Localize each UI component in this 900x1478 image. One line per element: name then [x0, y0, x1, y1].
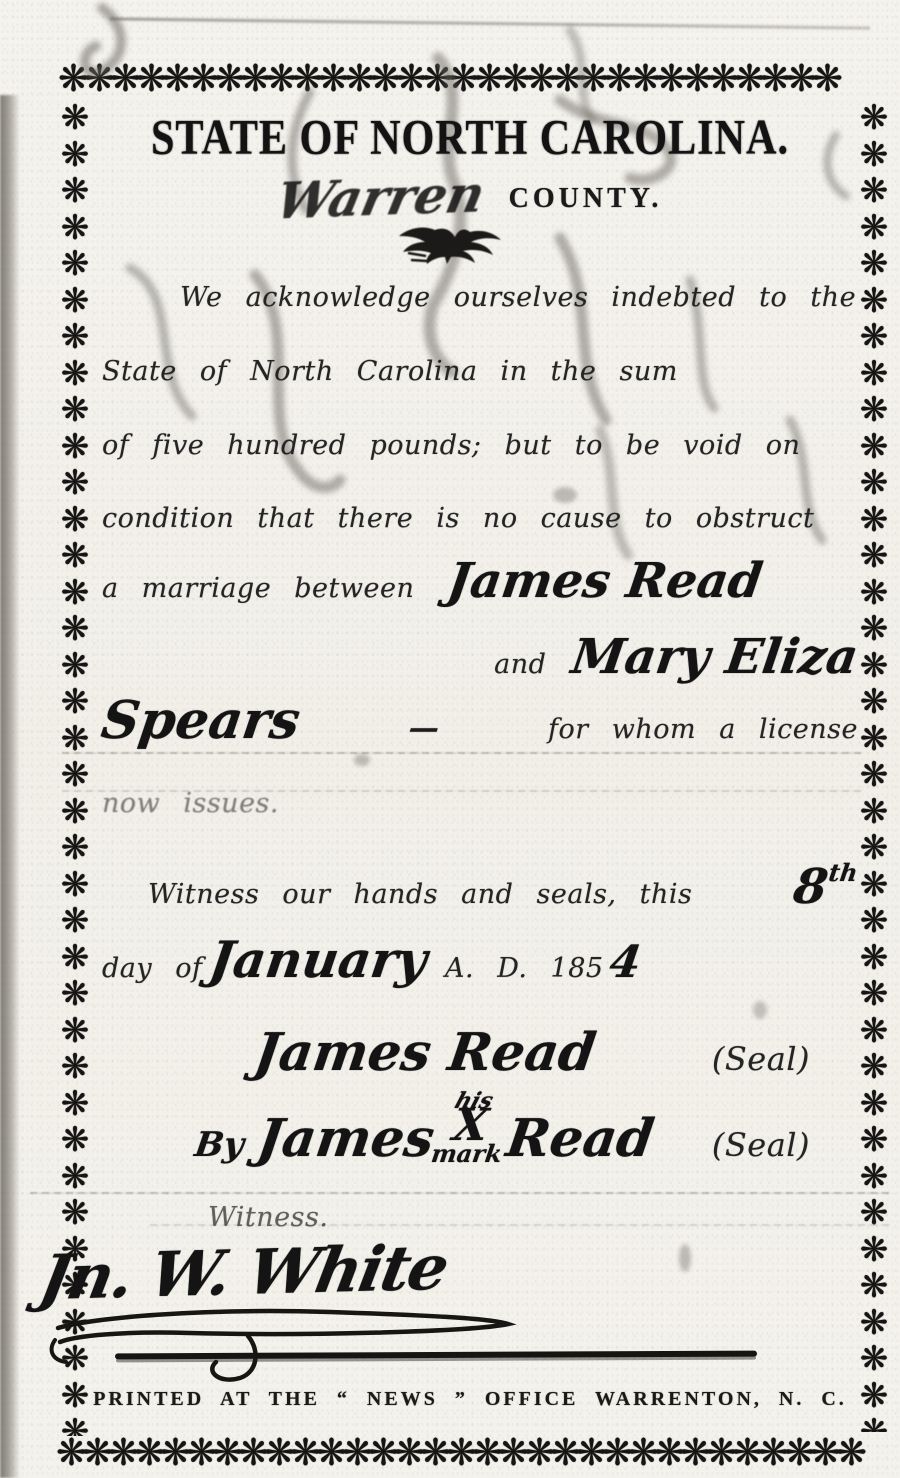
seal-label-1: (Seal): [712, 1040, 810, 1078]
eagle-icon: [396, 222, 514, 266]
ornamental-border-left: ❋❋❋❋❋❋❋❋❋❋❋❋❋❋❋❋❋❋❋❋❋❋❋❋❋❋❋❋❋❋❋❋❋❋❋❋❋❋❋❋: [55, 100, 95, 1436]
scan-edge-shadow: [0, 95, 20, 1478]
witness-hands-seals-line: Witness our hands and seals, this 8th: [102, 858, 858, 915]
witness-signature: Jn. W. White: [34, 1231, 453, 1315]
printed-day-of: day of: [102, 953, 202, 984]
bride-name-handwritten: Mary Eliza: [570, 642, 860, 672]
signature-james-read: James Read: [251, 1022, 600, 1083]
bond-text-line-1: We acknowledge ourselves indebted to the: [102, 282, 900, 313]
signature-james: James: [253, 1108, 437, 1169]
printed-and: and: [494, 649, 546, 680]
witness-label: Witness.: [208, 1202, 328, 1233]
seal-label-2: (Seal): [712, 1126, 810, 1164]
printed-witness-clause: Witness our hands and seals, this: [148, 879, 692, 910]
signature-row-2: ByJameshisXmarkRead (Seal): [195, 1096, 810, 1169]
day-handwritten: 8th: [794, 858, 858, 915]
signature-read: Read: [503, 1108, 658, 1169]
bond-text-line-3: of five hundred pounds; but to be void o…: [102, 430, 858, 461]
signature-row-1: James Read (Seal): [255, 1022, 810, 1083]
ornamental-border-top: ❋❋❋❋❋❋❋❋❋❋❋❋❋❋❋❋❋❋❋❋❋❋❋❋❋❋❋❋❋❋: [58, 55, 880, 105]
bond-text-line-4: condition that there is no cause to obst…: [102, 503, 858, 534]
county-label: COUNTY.: [509, 183, 663, 214]
signature-by-mark: ByJameshisXmarkRead: [195, 1096, 654, 1169]
printer-imprint: PRINTED AT THE “ NEWS ” OFFICE WARRENTON…: [80, 1388, 860, 1411]
bride-surname-handwritten: Spears: [100, 706, 302, 736]
fold-line: [30, 1192, 890, 1194]
state-title: STATE OF NORTH CAROLINA.: [115, 109, 825, 166]
handwritten-dash: —: [406, 711, 441, 746]
printed-license-clause: for whom a license: [548, 714, 858, 745]
printed-marriage-between: a marriage between: [102, 573, 414, 604]
fold-line: [62, 752, 862, 754]
groom-name-handwritten: James Read: [446, 566, 764, 596]
bond-text-line-7: Spears — for whom a license: [102, 706, 858, 746]
printed-anno-domini: A. D. 185: [445, 953, 604, 984]
bond-text-line-5: a marriage betweenJames Read: [102, 566, 858, 604]
date-line: day ofJanuaryA. D. 1854: [102, 930, 858, 989]
marriage-bond-document: ❋❋❋❋❋❋❋❋❋❋❋❋❋❋❋❋❋❋❋❋❋❋❋❋❋❋❋❋❋❋ ❋❋❋❋❋❋❋❋❋…: [0, 0, 900, 1478]
bond-text-line-6: andMary Eliza: [102, 642, 872, 680]
year-digit-handwritten: 4: [606, 937, 644, 988]
county-handwritten: Warren: [270, 164, 489, 230]
ornamental-border-bottom: ❋❋❋❋❋❋❋❋❋❋❋❋❋❋❋❋❋❋❋❋❋❋❋❋❋❋❋❋❋❋❋: [56, 1431, 897, 1478]
page-edge-line: [110, 17, 870, 29]
bond-text-line-2: State of North Carolina in the sum: [102, 356, 858, 387]
by-handwritten: By: [192, 1125, 246, 1165]
bond-text-line-8: now issues.: [102, 788, 858, 819]
heavy-ink-rule: [115, 1351, 757, 1360]
month-handwritten: January: [206, 930, 431, 989]
his-mark-x: hisXmark: [431, 1096, 510, 1162]
county-line: WarrenCOUNTY.: [100, 168, 840, 227]
